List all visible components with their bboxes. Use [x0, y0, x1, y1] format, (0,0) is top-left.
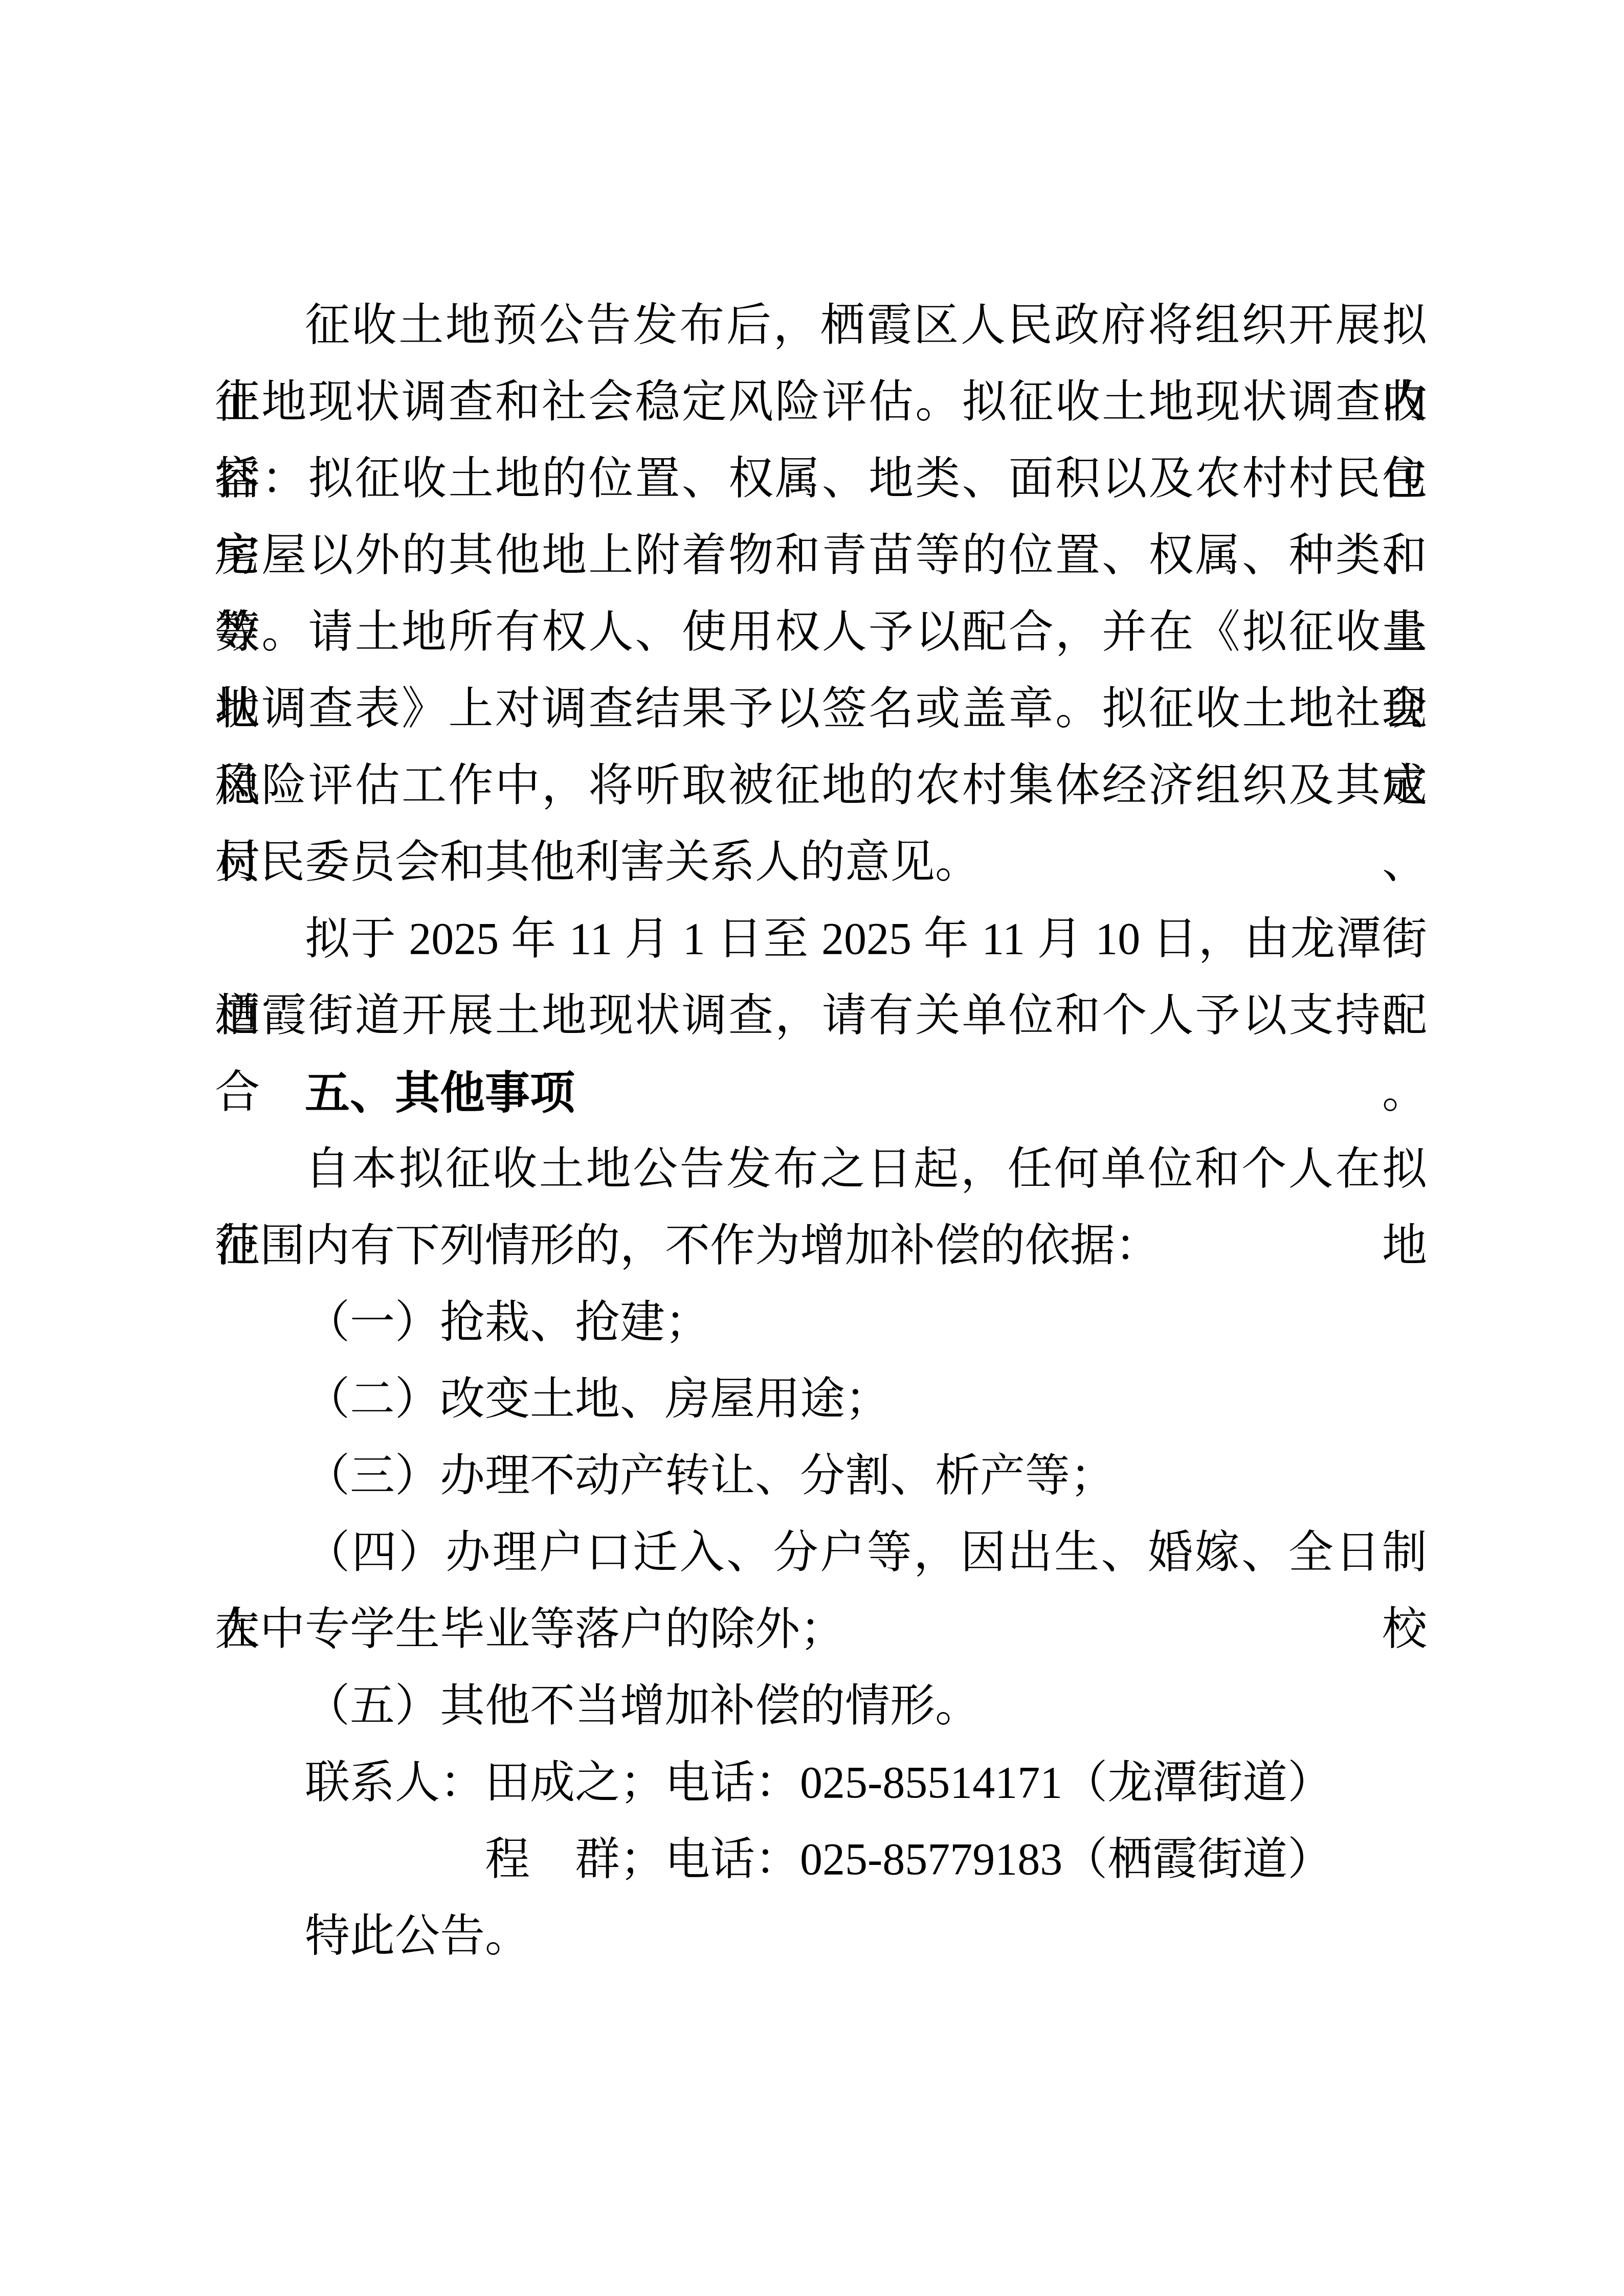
- document-body: 征收土地预公告发布后，栖霞区人民政府将组织开展拟征收土地现状调查和社会稳定风险评…: [215, 287, 1427, 1975]
- text-line: 状调查表》上对调查结果予以签名或盖章。拟征收土地社会稳定: [215, 671, 1427, 748]
- text-line: 等。请土地所有权人、使用权人予以配合，并在《拟征收土地现: [215, 594, 1427, 671]
- text-line: 土地现状调查和社会稳定风险评估。拟征收土地现状调查内容包: [215, 364, 1427, 441]
- text-line: （一）抢栽、抢建；: [215, 1285, 1427, 1361]
- text-line: 房屋以外的其他地上附着物和青苗等的位置、权属、种类和数量: [215, 517, 1427, 594]
- text-line: （五）其他不当增加补偿的情形。: [215, 1668, 1427, 1745]
- document-page: 征收土地预公告发布后，栖霞区人民政府将组织开展拟征收土地现状调查和社会稳定风险评…: [0, 0, 1624, 2296]
- text-line: （二）改变土地、房屋用途；: [215, 1361, 1427, 1438]
- text-line: 特此公告。: [215, 1898, 1427, 1975]
- text-line: 联系人：田成之；电话：025-85514171（龙潭街道）: [215, 1745, 1427, 1821]
- text-line: 括：拟征收土地的位置、权属、地类、面积以及农村村民住宅、: [215, 441, 1427, 517]
- text-line: 自本拟征收土地公告发布之日起，任何单位和个人在拟征地: [215, 1131, 1427, 1208]
- text-line: （四）办理户口迁入、分户等，因出生、婚嫁、全日制在校: [215, 1515, 1427, 1591]
- text-line: 风险评估工作中，将听取被征地的农村集体经济组织及其成员、: [215, 748, 1427, 824]
- text-line: 栖霞街道开展土地现状调查，请有关单位和个人予以支持配合。: [215, 978, 1427, 1054]
- text-line: 征收土地预公告发布后，栖霞区人民政府将组织开展拟征收: [215, 287, 1427, 364]
- text-line: 程 群；电话：025-85779183（栖霞街道）: [215, 1821, 1427, 1898]
- text-line: （三）办理不动产转让、分割、析产等；: [215, 1438, 1427, 1515]
- text-line: 拟于 2025 年 11 月 1 日至 2025 年 11 月 10 日，由龙潭…: [215, 901, 1427, 978]
